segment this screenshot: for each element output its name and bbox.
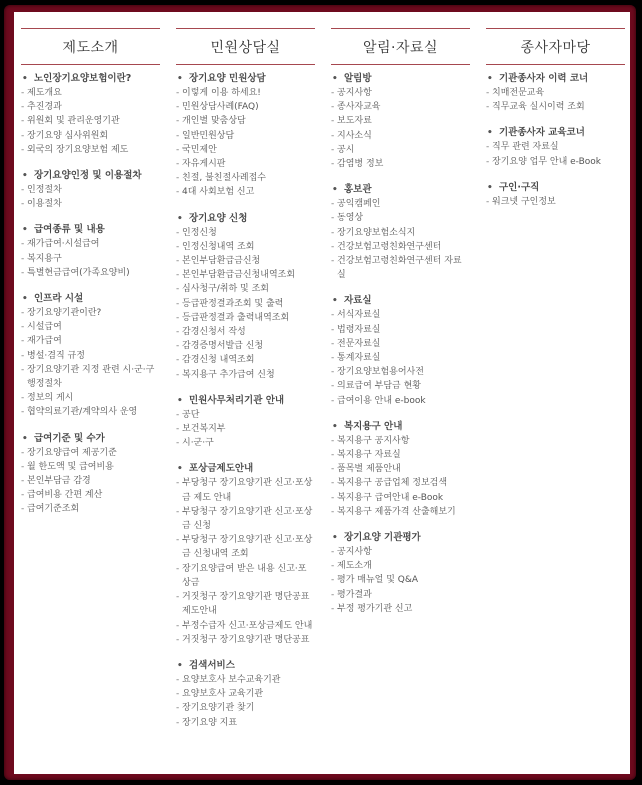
menu-link-label: 복지용구 제품가격 산출해보기 xyxy=(337,507,456,517)
menu-link-label: 평가 매뉴얼 및 Q&A xyxy=(337,575,418,585)
menu-groups: •기관종사자 이력 코너-치매전문교육-직무교육 실시이력 조회•기관종사자 교… xyxy=(486,72,625,209)
menu-link[interactable]: -장기요양보험소식지 xyxy=(331,226,470,240)
menu-link[interactable]: -복지용구 추가급여 신청 xyxy=(176,368,315,382)
menu-link[interactable]: -복지용구 제품가격 산출해보기 xyxy=(331,505,470,519)
menu-link-label: 동영상 xyxy=(337,213,363,223)
bullet-icon: • xyxy=(487,181,493,195)
menu-group: •장기요양 민원상담-이렇게 이용 하세요!-민원상담사례(FAQ)-개인별 맞… xyxy=(176,72,315,200)
menu-link[interactable]: -통계자료실 xyxy=(331,351,470,365)
menu-link[interactable]: -친절, 불친절사례접수 xyxy=(176,171,315,185)
menu-link-label: 등급판정결과 출력내역조회 xyxy=(182,313,289,323)
dash-icon: - xyxy=(21,446,24,460)
menu-link[interactable]: -병설·겸직 규정 xyxy=(21,349,160,363)
menu-link-label: 감경신청서 작성 xyxy=(182,327,246,337)
bullet-icon: • xyxy=(487,126,493,140)
menu-link[interactable]: -제도소개 xyxy=(331,559,470,573)
menu-link-label: 감경신청 내역조회 xyxy=(182,355,254,365)
dash-icon: - xyxy=(176,505,179,519)
menu-link-label: 민원상담사례(FAQ) xyxy=(182,102,259,112)
dash-icon: - xyxy=(176,368,179,382)
menu-link[interactable]: -장기요양 지표 xyxy=(176,716,315,730)
menu-link[interactable]: -전문자료실 xyxy=(331,337,470,351)
menu-group: •포상금제도안내-부당청구 장기요양기관 신고·포상금 제도 안내-부당청구 장… xyxy=(176,462,315,646)
sitemap-column: 민원상담실•장기요양 민원상담-이렇게 이용 하세요!-민원상담사례(FAQ)-… xyxy=(176,28,315,742)
menu-link-label: 외국의 장기요양보험 제도 xyxy=(27,145,128,155)
menu-link-label: 위원회 및 관리운영기관 xyxy=(27,116,120,126)
menu-link-label: 직무 관련 자료실 xyxy=(492,142,559,152)
menu-link[interactable]: -이렇게 이용 하세요! xyxy=(176,86,315,100)
dash-icon: - xyxy=(176,619,179,633)
menu-link[interactable]: -등급판정결과 출력내역조회 xyxy=(176,311,315,325)
dash-icon: - xyxy=(331,157,334,171)
menu-link[interactable]: -급여이용 안내 e-book xyxy=(331,394,470,408)
group-title-label: 홍보관 xyxy=(344,184,372,195)
menu-link[interactable]: -장기요양 업무 안내 e-Book xyxy=(486,155,625,169)
group-title[interactable]: •장기요양 기관평가 xyxy=(331,531,470,545)
dash-icon: - xyxy=(331,211,334,225)
dash-icon: - xyxy=(176,268,179,282)
menu-link-label: 치매전문교육 xyxy=(492,88,544,98)
group-title-label: 장기요양 기관평가 xyxy=(344,532,421,543)
menu-link[interactable]: -일반민원상담 xyxy=(176,129,315,143)
menu-link[interactable]: -시설급여 xyxy=(21,320,160,334)
dash-icon: - xyxy=(176,311,179,325)
menu-group: •구인·구직-워크넷 구인정보 xyxy=(486,181,625,209)
dash-icon: - xyxy=(176,476,179,490)
menu-link-label: 본인부담환급금신청 xyxy=(182,256,260,266)
menu-link-label: 장기요양 업무 안내 e-Book xyxy=(492,157,601,167)
column-title[interactable]: 민원상담실 xyxy=(176,28,315,65)
menu-link-label: 공지사항 xyxy=(337,88,372,98)
group-title-label: 자료실 xyxy=(344,295,372,306)
menu-link[interactable]: -등급판정결과조회 및 출력 xyxy=(176,297,315,311)
menu-link[interactable]: -외국의 장기요양보험 제도 xyxy=(21,143,160,157)
dash-icon: - xyxy=(331,308,334,322)
menu-link[interactable]: -부당청구 장기요양기관 신고·포상금 신청내역 조회 xyxy=(176,533,315,561)
dash-icon: - xyxy=(176,100,179,114)
menu-link[interactable]: -본인부담환급금신청내역조회 xyxy=(176,268,315,282)
dash-icon: - xyxy=(21,349,24,363)
menu-link-label: 시설급여 xyxy=(27,322,62,332)
menu-link[interactable]: -건강보험고령친화연구센터 xyxy=(331,240,470,254)
group-title-label: 장기요양 민원상담 xyxy=(189,73,266,84)
menu-link[interactable]: -거짓청구 장기요양기관 명단공표 xyxy=(176,633,315,647)
menu-link-label: 인정신청 xyxy=(182,228,217,238)
menu-link-label: 재가급여·시설급여 xyxy=(27,239,99,249)
dash-icon: - xyxy=(331,337,334,351)
menu-link[interactable]: -심사청구/취하 및 조회 xyxy=(176,282,315,296)
group-title-label: 장기요양 신청 xyxy=(189,213,247,224)
menu-link[interactable]: -민원상담사례(FAQ) xyxy=(176,100,315,114)
group-title-label: 구인·구직 xyxy=(499,182,539,193)
bullet-icon: • xyxy=(177,462,183,476)
group-title[interactable]: •자료실 xyxy=(331,294,470,308)
menu-link[interactable]: -감경신청서 작성 xyxy=(176,325,315,339)
menu-link-label: 부당청구 장기요양기관 신고·포상금 신청내역 조회 xyxy=(182,535,312,559)
menu-link[interactable]: -특별현금급여(가족요양비) xyxy=(21,266,160,280)
bullet-icon: • xyxy=(177,212,183,226)
menu-link[interactable]: -공시 xyxy=(331,143,470,157)
menu-link-label: 통계자료실 xyxy=(337,353,380,363)
menu-link[interactable]: -건강보험고령친화연구센터 자료실 xyxy=(331,254,470,282)
menu-link[interactable]: -본인부담금 감경 xyxy=(21,474,160,488)
group-title[interactable]: •급여종류 및 내용 xyxy=(21,223,160,237)
dash-icon: - xyxy=(331,602,334,616)
group-title[interactable]: •장기요양인정 및 이용절차 xyxy=(21,169,160,183)
group-title[interactable]: •기관종사자 교육코너 xyxy=(486,126,625,140)
menu-link[interactable]: -의료급여 부담금 현황 xyxy=(331,379,470,393)
menu-groups: •장기요양 민원상담-이렇게 이용 하세요!-민원상담사례(FAQ)-개인별 맞… xyxy=(176,72,315,730)
dash-icon: - xyxy=(21,363,24,377)
dash-icon: - xyxy=(331,545,334,559)
menu-link-label: 거짓청구 장기요양기관 명단공표 xyxy=(182,635,309,645)
menu-link[interactable]: -재가급여·시설급여 xyxy=(21,237,160,251)
menu-group: •노인장기요양보험이란?-제도개요-추진경과-위원회 및 관리운영기관-장기요양… xyxy=(21,72,160,157)
dash-icon: - xyxy=(21,183,24,197)
dash-icon: - xyxy=(176,143,179,157)
menu-link[interactable]: -공익캠페인 xyxy=(331,197,470,211)
group-title[interactable]: •노인장기요양보험이란? xyxy=(21,72,160,86)
bullet-icon: • xyxy=(487,72,493,86)
group-title[interactable]: •장기요양 민원상담 xyxy=(176,72,315,86)
menu-link[interactable]: -장기요양급여 제공기준 xyxy=(21,446,160,460)
dash-icon: - xyxy=(176,129,179,143)
menu-link[interactable]: -장기요양 심사위원회 xyxy=(21,129,160,143)
sitemap-panel: 제도소개•노인장기요양보험이란?-제도개요-추진경과-위원회 및 관리운영기관-… xyxy=(14,12,630,774)
menu-link-label: 감경증명서발급 신청 xyxy=(182,341,263,351)
dash-icon: - xyxy=(21,237,24,251)
menu-link[interactable]: -품목별 제품안내 xyxy=(331,462,470,476)
menu-link-label: 요양보호사 보수교육기관 xyxy=(182,675,281,685)
group-title[interactable]: •복지용구 안내 xyxy=(331,420,470,434)
group-title[interactable]: •민원사무처리기관 안내 xyxy=(176,394,315,408)
dash-icon: - xyxy=(176,701,179,715)
menu-link-label: 이렇게 이용 하세요! xyxy=(182,88,261,98)
menu-link-label: 특별현금급여(가족요양비) xyxy=(27,268,130,278)
menu-groups: •노인장기요양보험이란?-제도개요-추진경과-위원회 및 관리운영기관-장기요양… xyxy=(21,72,160,517)
menu-group: •장기요양 신청-인정신청-인정신청내역 조회-본인부담환급금신청-본인부담환급… xyxy=(176,212,315,382)
menu-group: •알림방-공지사항-종사자교육-보도자료-지사소식-공시-감염병 정보 xyxy=(331,72,470,171)
menu-link-label: 품목별 제품안내 xyxy=(337,464,401,474)
group-title[interactable]: •포상금제도안내 xyxy=(176,462,315,476)
column-title[interactable]: 알림·자료실 xyxy=(331,28,470,65)
menu-group: •급여종류 및 내용-재가급여·시설급여-복지용구-특별현금급여(가족요양비) xyxy=(21,223,160,280)
menu-link-label: 4대 사회보험 신고 xyxy=(182,187,254,197)
dash-icon: - xyxy=(331,379,334,393)
dash-icon: - xyxy=(176,240,179,254)
menu-link-label: 친절, 불친절사례접수 xyxy=(182,173,266,183)
menu-group: •기관종사자 이력 코너-치매전문교육-직무교육 실시이력 조회 xyxy=(486,72,625,114)
menu-link-label: 인정절차 xyxy=(27,185,62,195)
dash-icon: - xyxy=(21,334,24,348)
dash-icon: - xyxy=(21,320,24,334)
menu-link[interactable]: -부당청구 장기요양기관 신고·포상금 제도 안내 xyxy=(176,476,315,504)
menu-group: •복지용구 안내-복지용구 공지사항-복지용구 자료실-품목별 제품안내-복지용… xyxy=(331,420,470,519)
menu-link-label: 월 한도액 및 급여비용 xyxy=(27,462,114,472)
menu-link[interactable]: -국민제안 xyxy=(176,143,315,157)
menu-link-label: 평가결과 xyxy=(337,590,372,600)
menu-link[interactable]: -급여기준조회 xyxy=(21,502,160,516)
menu-link[interactable]: -장기요양기관이란? xyxy=(21,306,160,320)
menu-link-label: 복지용구 급여안내 e-Book xyxy=(337,493,443,503)
menu-link[interactable]: -복지용구 자료실 xyxy=(331,448,470,462)
menu-link[interactable]: -인정신청 xyxy=(176,226,315,240)
menu-link[interactable]: -월 한도액 및 급여비용 xyxy=(21,460,160,474)
group-title-label: 기관종사자 이력 코너 xyxy=(499,73,588,84)
group-title[interactable]: •검색서비스 xyxy=(176,659,315,673)
dash-icon: - xyxy=(176,533,179,547)
menu-link[interactable]: -부정수급자 신고·포상금제도 안내 xyxy=(176,619,315,633)
dash-icon: - xyxy=(21,405,24,419)
group-title-label: 알림방 xyxy=(344,73,372,84)
bullet-icon: • xyxy=(332,72,338,86)
menu-link[interactable]: -인정신청내역 조회 xyxy=(176,240,315,254)
menu-link-label: 장기요양기관 찾기 xyxy=(182,703,254,713)
menu-link[interactable]: -정보의 게시 xyxy=(21,391,160,405)
dash-icon: - xyxy=(331,86,334,100)
menu-link-label: 보도자료 xyxy=(337,116,372,126)
dash-icon: - xyxy=(331,434,334,448)
dash-icon: - xyxy=(176,297,179,311)
menu-link-label: 부당청구 장기요양기관 신고·포상금 제도 안내 xyxy=(182,478,312,502)
dash-icon: - xyxy=(331,351,334,365)
group-title[interactable]: •인프라 시설 xyxy=(21,292,160,306)
dash-icon: - xyxy=(331,573,334,587)
bullet-icon: • xyxy=(332,420,338,434)
group-title[interactable]: •기관종사자 이력 코너 xyxy=(486,72,625,86)
menu-link[interactable]: -지사소식 xyxy=(331,129,470,143)
group-title-label: 장기요양인정 및 이용절차 xyxy=(34,170,142,181)
column-title[interactable]: 종사자마당 xyxy=(486,28,625,65)
menu-link[interactable]: -직무교육 실시이력 조회 xyxy=(486,100,625,114)
column-title[interactable]: 제도소개 xyxy=(21,28,160,65)
menu-link-label: 법령자료실 xyxy=(337,325,380,335)
menu-link-label: 부정수급자 신고·포상금제도 안내 xyxy=(182,621,312,631)
dash-icon: - xyxy=(331,365,334,379)
group-title-label: 급여기준 및 수가 xyxy=(34,433,105,444)
dash-icon: - xyxy=(21,252,24,266)
menu-link-label: 급여이용 안내 e-book xyxy=(337,396,426,406)
menu-link[interactable]: -추진경과 xyxy=(21,100,160,114)
group-title[interactable]: •알림방 xyxy=(331,72,470,86)
menu-link[interactable]: -법령자료실 xyxy=(331,323,470,337)
menu-link-label: 본인부담금 감경 xyxy=(27,476,91,486)
menu-link-label: 거짓청구 장기요양기관 명단공표제도안내 xyxy=(182,592,309,616)
dash-icon: - xyxy=(331,394,334,408)
group-title[interactable]: •구인·구직 xyxy=(486,181,625,195)
menu-link[interactable]: -부당청구 장기요양기관 신고·포상금 신청 xyxy=(176,505,315,533)
menu-link-label: 종사자교육 xyxy=(337,102,380,112)
menu-link-label: 감염병 정보 xyxy=(337,159,383,169)
dash-icon: - xyxy=(21,114,24,128)
dash-icon: - xyxy=(21,266,24,280)
bullet-icon: • xyxy=(22,432,28,446)
menu-link[interactable]: -감경신청 내역조회 xyxy=(176,353,315,367)
menu-link-label: 복지용구 공급업체 정보검색 xyxy=(337,478,447,488)
menu-link[interactable]: -복지용구 급여안내 e-Book xyxy=(331,491,470,505)
menu-link-label: 건강보험고령친화연구센터 자료실 xyxy=(337,256,462,280)
menu-link[interactable]: -평가 매뉴얼 및 Q&A xyxy=(331,573,470,587)
dash-icon: - xyxy=(176,436,179,450)
menu-link[interactable]: -재가급여 xyxy=(21,334,160,348)
dash-icon: - xyxy=(21,391,24,405)
dash-icon: - xyxy=(21,197,24,211)
group-title[interactable]: •급여기준 및 수가 xyxy=(21,432,160,446)
menu-link-label: 건강보험고령친화연구센터 xyxy=(337,242,441,252)
sitemap-column: 종사자마당•기관종사자 이력 코너-치매전문교육-직무교육 실시이력 조회•기관… xyxy=(486,28,625,742)
menu-group: •자료실-서식자료실-법령자료실-전문자료실-통계자료실-장기요양보험용어사전-… xyxy=(331,294,470,407)
menu-link[interactable]: -공지사항 xyxy=(331,545,470,559)
dash-icon: - xyxy=(176,325,179,339)
dash-icon: - xyxy=(331,254,334,268)
menu-link-label: 직무교육 실시이력 조회 xyxy=(492,102,585,112)
menu-link-label: 서식자료실 xyxy=(337,310,380,320)
menu-link[interactable]: -시·군·구 xyxy=(176,436,315,450)
menu-link[interactable]: -장기요양기관 지정 관련 시·군·구행정절차 xyxy=(21,363,160,391)
menu-link[interactable]: -이용절차 xyxy=(21,197,160,211)
dash-icon: - xyxy=(331,100,334,114)
menu-link[interactable]: -복지용구 공급업체 정보검색 xyxy=(331,476,470,490)
group-title[interactable]: •장기요양 신청 xyxy=(176,212,315,226)
group-title-label: 검색서비스 xyxy=(189,660,235,671)
menu-link-label: 복지용구 추가급여 신청 xyxy=(182,370,275,380)
sitemap-column: 제도소개•노인장기요양보험이란?-제도개요-추진경과-위원회 및 관리운영기관-… xyxy=(21,28,160,742)
dash-icon: - xyxy=(486,86,489,100)
menu-link[interactable]: -보건복지부 xyxy=(176,422,315,436)
dash-icon: - xyxy=(176,422,179,436)
menu-link-label: 요양보호사 교육기관 xyxy=(182,689,263,699)
menu-link[interactable]: -4대 사회보험 신고 xyxy=(176,185,315,199)
dash-icon: - xyxy=(331,114,334,128)
bullet-icon: • xyxy=(332,294,338,308)
menu-link[interactable]: -급여비용 간편 계산 xyxy=(21,488,160,502)
dash-icon: - xyxy=(176,157,179,171)
dash-icon: - xyxy=(331,588,334,602)
dash-icon: - xyxy=(21,306,24,320)
dash-icon: - xyxy=(331,462,334,476)
menu-link-label: 추진경과 xyxy=(27,102,62,112)
dash-icon: - xyxy=(331,559,334,573)
menu-link[interactable]: -공지사항 xyxy=(331,86,470,100)
menu-group: •인프라 시설-장기요양기관이란?-시설급여-재가급여-병설·겸직 규정-장기요… xyxy=(21,292,160,420)
menu-link[interactable]: -치매전문교육 xyxy=(486,86,625,100)
menu-link[interactable]: -개인별 맞춤상담 xyxy=(176,114,315,128)
menu-link[interactable]: -협약의료기관/계약의사 운영 xyxy=(21,405,160,419)
dash-icon: - xyxy=(486,140,489,154)
menu-link[interactable]: -감염병 정보 xyxy=(331,157,470,171)
menu-link[interactable]: -동영상 xyxy=(331,211,470,225)
menu-link[interactable]: -장기요양보험용어사전 xyxy=(331,365,470,379)
menu-link[interactable]: -요양보호사 교육기관 xyxy=(176,687,315,701)
dash-icon: - xyxy=(176,633,179,647)
menu-link[interactable]: -워크넷 구인정보 xyxy=(486,195,625,209)
menu-link[interactable]: -공단 xyxy=(176,408,315,422)
menu-link-label: 보건복지부 xyxy=(182,424,225,434)
dash-icon: - xyxy=(331,197,334,211)
menu-group: •기관종사자 교육코너-직무 관련 자료실-장기요양 업무 안내 e-Book xyxy=(486,126,625,168)
dash-icon: - xyxy=(21,502,24,516)
dash-icon: - xyxy=(176,114,179,128)
menu-link-label: 공단 xyxy=(182,410,199,420)
menu-link-label: 일반민원상담 xyxy=(182,131,234,141)
menu-link[interactable]: -자유게시판 xyxy=(176,157,315,171)
dash-icon: - xyxy=(331,448,334,462)
group-title[interactable]: •홍보관 xyxy=(331,183,470,197)
menu-link[interactable]: -보도자료 xyxy=(331,114,470,128)
bullet-icon: • xyxy=(332,531,338,545)
menu-link-label: 제도소개 xyxy=(337,561,372,571)
dash-icon: - xyxy=(331,226,334,240)
bullet-icon: • xyxy=(22,223,28,237)
menu-link[interactable]: -감경증명서발급 신청 xyxy=(176,339,315,353)
menu-link-label: 공익캠페인 xyxy=(337,199,380,209)
menu-link[interactable]: -직무 관련 자료실 xyxy=(486,140,625,154)
bullet-icon: • xyxy=(177,394,183,408)
menu-link[interactable]: -거짓청구 장기요양기관 명단공표제도안내 xyxy=(176,590,315,618)
menu-link-label: 장기요양 지표 xyxy=(182,718,237,728)
menu-link-label: 장기요양급여 받은 내용 신고·포상금 xyxy=(182,564,306,588)
dash-icon: - xyxy=(176,673,179,687)
menu-link[interactable]: -인정절차 xyxy=(21,183,160,197)
dash-icon: - xyxy=(176,408,179,422)
menu-link[interactable]: -제도개요 xyxy=(21,86,160,100)
group-title-label: 포상금제도안내 xyxy=(189,463,253,474)
group-title-label: 민원사무처리기관 안내 xyxy=(189,395,284,406)
dash-icon: - xyxy=(176,590,179,604)
menu-link-label: 재가급여 xyxy=(27,336,62,346)
dash-icon: - xyxy=(176,254,179,268)
bullet-icon: • xyxy=(177,72,183,86)
menu-link[interactable]: -종사자교육 xyxy=(331,100,470,114)
dash-icon: - xyxy=(21,100,24,114)
menu-groups: •알림방-공지사항-종사자교육-보도자료-지사소식-공시-감염병 정보•홍보관-… xyxy=(331,72,470,616)
dash-icon: - xyxy=(176,86,179,100)
menu-link[interactable]: -평가결과 xyxy=(331,588,470,602)
menu-link[interactable]: -위원회 및 관리운영기관 xyxy=(21,114,160,128)
menu-link-label: 의료급여 부담금 현황 xyxy=(337,381,421,391)
dash-icon: - xyxy=(21,474,24,488)
dash-icon: - xyxy=(176,687,179,701)
bullet-icon: • xyxy=(22,72,28,86)
dash-icon: - xyxy=(176,185,179,199)
menu-link-label: 장기요양급여 제공기준 xyxy=(27,448,117,458)
dash-icon: - xyxy=(176,171,179,185)
menu-link[interactable]: -장기요양급여 받은 내용 신고·포상금 xyxy=(176,562,315,590)
menu-link-label: 국민제안 xyxy=(182,145,217,155)
menu-link[interactable]: -본인부담환급금신청 xyxy=(176,254,315,268)
dash-icon: - xyxy=(486,100,489,114)
menu-link[interactable]: -부정 평가기관 신고 xyxy=(331,602,470,616)
menu-link[interactable]: -장기요양기관 찾기 xyxy=(176,701,315,715)
dash-icon: - xyxy=(21,488,24,502)
menu-link[interactable]: -복지용구 공지사항 xyxy=(331,434,470,448)
menu-link-label: 장기요양보험용어사전 xyxy=(337,367,424,377)
menu-link[interactable]: -요양보호사 보수교육기관 xyxy=(176,673,315,687)
menu-link-label: 급여기준조회 xyxy=(27,504,79,514)
dash-icon: - xyxy=(21,460,24,474)
menu-link-label: 장기요양기관이란? xyxy=(27,308,101,318)
menu-group: •민원사무처리기관 안내-공단-보건복지부-시·군·구 xyxy=(176,394,315,451)
menu-link-label: 복지용구 xyxy=(27,254,62,264)
group-title-label: 노인장기요양보험이란? xyxy=(34,73,131,84)
dash-icon: - xyxy=(331,491,334,505)
dash-icon: - xyxy=(331,476,334,490)
menu-link[interactable]: -서식자료실 xyxy=(331,308,470,322)
menu-link[interactable]: -복지용구 xyxy=(21,252,160,266)
menu-link-label: 협약의료기관/계약의사 운영 xyxy=(27,407,137,417)
bullet-icon: • xyxy=(22,169,28,183)
menu-link-label: 자유게시판 xyxy=(182,159,225,169)
